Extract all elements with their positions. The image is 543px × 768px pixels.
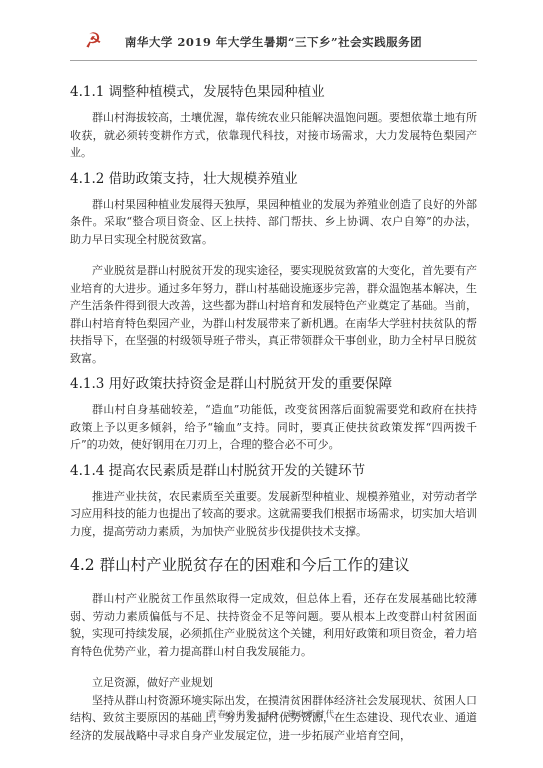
section-heading-4-1-1: 4.1.1 调整种植模式，发展特色果园种植业 [70,83,477,102]
document-page: ☭ 南华大学 2019 年大学生暑期“三下乡”社会实践服务团 4.1.1 调整种… [0,0,543,768]
paragraph: 产业脱贫是群山村脱贫开发的现实途径，要实现脱贫致富的大变化，首先要有产业培育的大… [70,262,477,367]
footer-right-text: 建功新时代 [288,710,336,720]
page-header: ☭ 南华大学 2019 年大学生暑期“三下乡”社会实践服务团 [70,34,477,61]
paragraph: 群山村产业脱贫工作虽然取得一定成效，但总体上看，还存在发展基础比较薄弱、劳动力素… [70,590,477,660]
paragraph: 群山村自身基础较差，“造血”功能低，改变贫困落后面貌需要党和政府在扶持政策上予以… [70,401,477,454]
party-emblem-icon: ☭ [83,29,104,51]
paragraph: 群山村海拔较高，土壤优渥，靠传统农业只能解决温饱问题。要想依靠土地有所收获，就必… [70,109,477,162]
paragraph: 群山村果园种植业发展得天独厚，果园种植业的发展为养殖业创造了良好的外部条件。采取… [70,196,477,249]
section-heading-4-1-2: 4.1.2 借助政策支持，壮大规模养殖业 [70,170,477,189]
document-content: 4.1.1 调整种植模式，发展特色果园种植业 群山村海拔较高，土壤优渥，靠传统农… [70,83,477,744]
page-footer: 青春心向党 19 建功新时代 [0,708,543,720]
paragraph: 推进产业扶贫，农民素质至关重要。发展新型种植业、规模养殖业，对劳动者学习应用科技… [70,488,477,541]
footer-left-text: 青春心向党 [208,710,256,720]
page-number: 19 [265,710,278,720]
section-heading-4-2: 4.2 群山村产业脱贫存在的困难和今后工作的建议 [70,554,477,576]
sub-heading: 立足资源，做好产业规划 [70,674,477,692]
section-heading-4-1-4: 4.1.4 提高农民素质是群山村脱贫开发的关键环节 [70,462,477,481]
header-title: 南华大学 2019 年大学生暑期“三下乡”社会实践服务团 [70,34,477,51]
section-heading-4-1-3: 4.1.3 用好政策扶持资金是群山村脱贫开发的重要保障 [70,375,477,394]
